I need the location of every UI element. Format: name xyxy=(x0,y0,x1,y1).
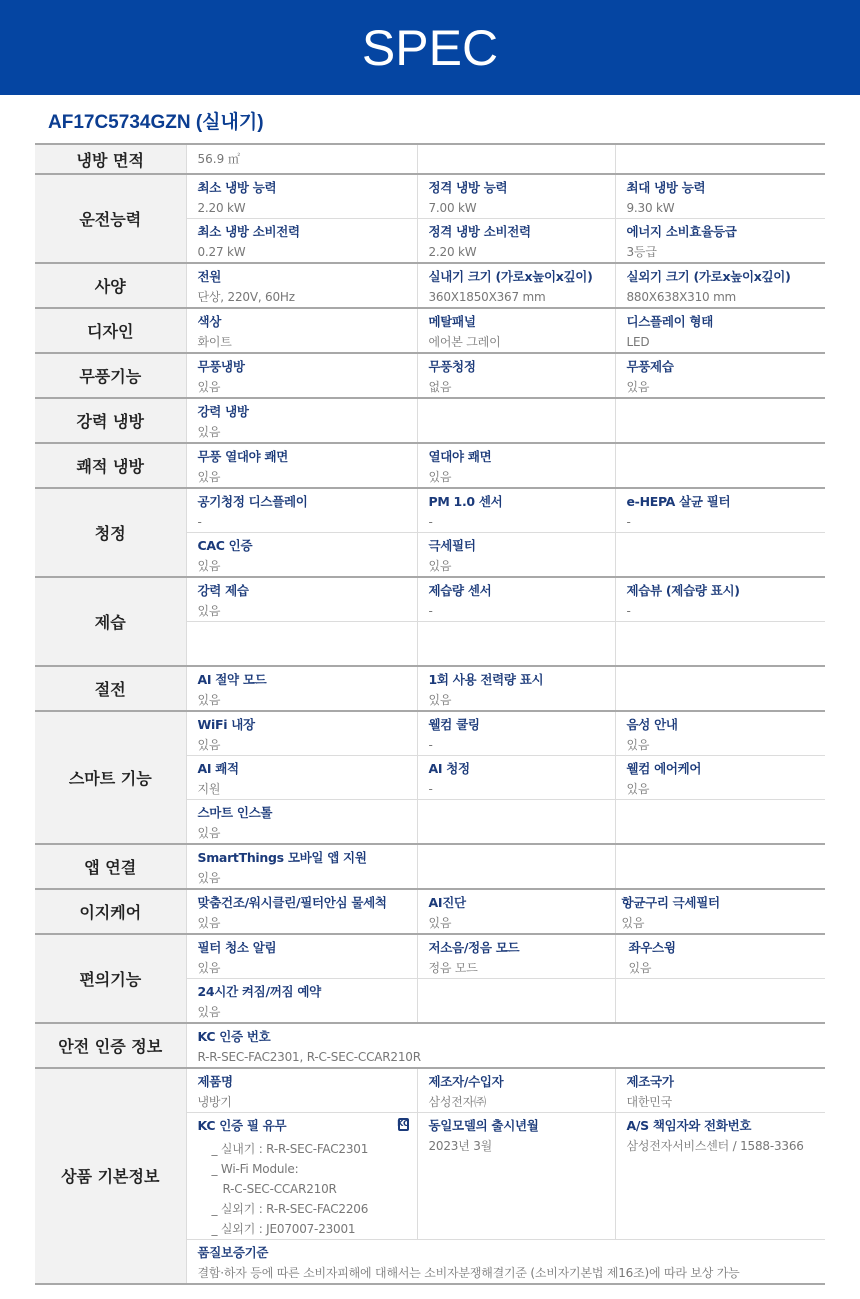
spec-item: 제품명냉방기 xyxy=(186,1068,417,1113)
spec-item: 최대 냉방 능력9.30 kW xyxy=(615,174,825,219)
group-label: 쾌적 냉방 xyxy=(35,443,186,488)
spec-item: 무풍냉방있음 xyxy=(186,353,417,398)
group-purification: 청정 공기청정 디스플레이- PM 1.0 센서- e-HEPA 살균 필터- … xyxy=(35,488,825,577)
spec-banner: SPEC xyxy=(0,0,860,95)
spec-item: 저소음/정음 모드정음 모드 xyxy=(417,934,615,979)
spec-item: 메탈패널에어본 그레이 xyxy=(417,308,615,353)
spec-item: AI 청정- xyxy=(417,755,615,799)
spec-item: 웰컴 에어케어있음 xyxy=(615,755,825,799)
spec-item: AI 쾌적지원 xyxy=(186,755,417,799)
spec-item: 좌우스윙있음 xyxy=(615,934,825,979)
spec-item: 전원단상, 220V, 60Hz xyxy=(186,263,417,308)
spec-item: WiFi 내장있음 xyxy=(186,711,417,756)
spec-item: 최소 냉방 능력2.20 kW xyxy=(186,174,417,219)
group-label: 냉방 면적 xyxy=(35,144,186,174)
group-label: 무풍기능 xyxy=(35,353,186,398)
group-label: 스마트 기능 xyxy=(35,711,186,844)
group-smart: 스마트 기능 WiFi 내장있음 웰컴 쿨링- 음성 안내있음 AI 쾌적지원 … xyxy=(35,711,825,844)
spec-item: 실외기 크기 (가로x높이x깊이)880X638X310 mm xyxy=(615,263,825,308)
group-label: 디자인 xyxy=(35,308,186,353)
spec-item: 제조자/수입자삼성전자㈜ xyxy=(417,1068,615,1113)
spec-item: 강력 냉방있음 xyxy=(186,398,417,443)
spec-item: 무풍 열대야 쾌면있음 xyxy=(186,443,417,488)
banner-title: SPEC xyxy=(362,19,498,77)
kc-line: R-C-SEC-CCAR210R xyxy=(212,1179,406,1199)
spec-item: SmartThings 모바일 앱 지원있음 xyxy=(186,844,417,889)
spec-item: 에너지 소비효율등급3등급 xyxy=(615,219,825,264)
spec-item: 공기청정 디스플레이- xyxy=(186,488,417,533)
spec-item: AI 절약 모드있음 xyxy=(186,666,417,711)
spec-item: 실내기 크기 (가로x높이x깊이)360X1850X367 mm xyxy=(417,263,615,308)
spec-item: 제습뷰 (제습량 표시)- xyxy=(615,577,825,622)
group-easy-care: 이지케어 맞춤건조/워시클린/필터안심 물세척있음 AI진단있음 항균구리 극세… xyxy=(35,889,825,934)
group-comfort-cooling: 쾌적 냉방 무풍 열대야 쾌면있음 열대야 쾌면있음 xyxy=(35,443,825,488)
group-app-connect: 앱 연결 SmartThings 모바일 앱 지원있음 xyxy=(35,844,825,889)
group-product-info: 상품 기본정보 제품명냉방기 제조자/수입자삼성전자㈜ 제조국가대한민국 KC … xyxy=(35,1068,825,1284)
spec-item: 스마트 인스톨있음 xyxy=(186,799,417,844)
spec-table: 냉방 면적 56.9 ㎡ 운전능력 최소 냉방 능력2.20 kW 정격 냉방 … xyxy=(35,143,825,1285)
spec-item: 제조국가대한민국 xyxy=(615,1068,825,1113)
group-label: 편의기능 xyxy=(35,934,186,1023)
group-label: 제습 xyxy=(35,577,186,666)
spec-item: 디스플레이 형태LED xyxy=(615,308,825,353)
group-convenience: 편의기능 필터 청소 알림있음 저소음/정음 모드정음 모드 좌우스윙있음 24… xyxy=(35,934,825,1023)
spec-item: 음성 안내있음 xyxy=(615,711,825,756)
group-label: 앱 연결 xyxy=(35,844,186,889)
spec-item: 최소 냉방 소비전력0.27 kW xyxy=(186,219,417,264)
spec-item: 맞춤건조/워시클린/필터안심 물세척있음 xyxy=(186,889,417,934)
group-cooling-area: 냉방 면적 56.9 ㎡ xyxy=(35,144,825,174)
kc-line: _ 실외기 : JE07007-23001 xyxy=(212,1219,406,1239)
spec-item: 색상화이트 xyxy=(186,308,417,353)
spec-item: CAC 인증있음 xyxy=(186,533,417,578)
model-title: AF17C5734GZN (실내기) xyxy=(48,107,264,134)
group-power-saving: 절전 AI 절약 모드있음 1회 사용 전력량 표시있음 xyxy=(35,666,825,711)
spec-item: A/S 책임자와 전화번호삼성전자서비스센터 / 1588-3366 xyxy=(615,1112,825,1239)
group-label: 강력 냉방 xyxy=(35,398,186,443)
kc-cert-list: _ 실내기 : R-R-SEC-FAC2301 _ Wi-Fi Module: … xyxy=(198,1139,406,1239)
spec-item: KC 인증 번호R-R-SEC-FAC2301, R-C-SEC-CCAR210… xyxy=(186,1023,825,1068)
spec-item: e-HEPA 살균 필터- xyxy=(615,488,825,533)
spec-item: 필터 청소 알림있음 xyxy=(186,934,417,979)
cooling-area-value: 56.9 ㎡ xyxy=(198,152,241,166)
spec-item: 무풍제습있음 xyxy=(615,353,825,398)
group-windfree: 무풍기능 무풍냉방있음 무풍청정없음 무풍제습있음 xyxy=(35,353,825,398)
group-specs: 사양 전원단상, 220V, 60Hz 실내기 크기 (가로x높이x깊이)360… xyxy=(35,263,825,308)
spec-item: 제습량 센서- xyxy=(417,577,615,622)
spec-item: 극세필터있음 xyxy=(417,533,615,578)
spec-item: PM 1.0 센서- xyxy=(417,488,615,533)
group-label: 상품 기본정보 xyxy=(35,1068,186,1284)
kc-line: _ Wi-Fi Module: xyxy=(212,1159,406,1179)
spec-item: 열대야 쾌면있음 xyxy=(417,443,615,488)
group-design: 디자인 색상화이트 메탈패널에어본 그레이 디스플레이 형태LED xyxy=(35,308,825,353)
spec-item: 24시간 켜짐/꺼짐 예약있음 xyxy=(186,978,417,1023)
spec-item: 동일모델의 출시년월2023년 3월 xyxy=(417,1112,615,1239)
group-label: 사양 xyxy=(35,263,186,308)
group-dehumidify: 제습 강력 제습있음 제습량 센서- 제습뷰 (제습량 표시)- xyxy=(35,577,825,666)
spec-item: 품질보증기준결함·하자 등에 따른 소비자피해에 대해서는 소비자분쟁해결기준 … xyxy=(186,1239,825,1284)
kc-cert-item: KC 인증 필 유무 KC _ 실내기 : R-R-SEC-FAC2301 _ … xyxy=(186,1112,417,1239)
group-label: 청정 xyxy=(35,488,186,577)
spec-item: 웰컴 쿨링- xyxy=(417,711,615,756)
group-label: 이지케어 xyxy=(35,889,186,934)
group-operating-capacity: 운전능력 최소 냉방 능력2.20 kW 정격 냉방 능력7.00 kW 최대 … xyxy=(35,174,825,263)
group-label: 운전능력 xyxy=(35,174,186,263)
group-power-cooling: 강력 냉방 강력 냉방있음 xyxy=(35,398,825,443)
spec-item: 강력 제습있음 xyxy=(186,577,417,622)
group-safety-cert: 안전 인증 정보 KC 인증 번호R-R-SEC-FAC2301, R-C-SE… xyxy=(35,1023,825,1068)
spec-item: 1회 사용 전력량 표시있음 xyxy=(417,666,615,711)
kc-line: _ 실외기 : R-R-SEC-FAC2206 xyxy=(212,1199,406,1219)
spec-item: 정격 냉방 능력7.00 kW xyxy=(417,174,615,219)
spec-item: 정격 냉방 소비전력2.20 kW xyxy=(417,219,615,264)
group-label: 절전 xyxy=(35,666,186,711)
kc-line: _ 실내기 : R-R-SEC-FAC2301 xyxy=(212,1139,406,1159)
kc-mark-icon: KC xyxy=(398,1118,409,1131)
group-label: 안전 인증 정보 xyxy=(35,1023,186,1068)
spec-item: 항균구리 극세필터있음 xyxy=(615,889,825,934)
spec-item: AI진단있음 xyxy=(417,889,615,934)
spec-item: 무풍청정없음 xyxy=(417,353,615,398)
